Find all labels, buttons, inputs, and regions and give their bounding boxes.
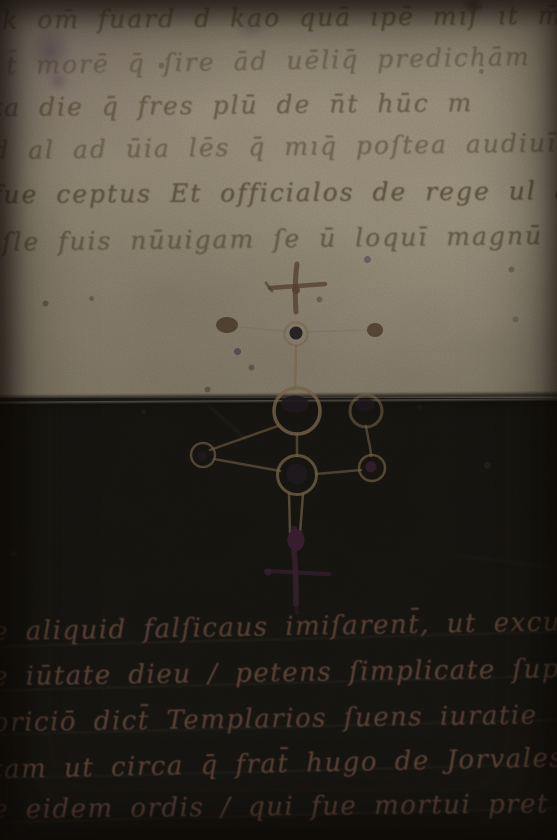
manuscript-photo: ik om̄ fuard d kao quā ıpē mıſ ıt m̄ t̄ …	[0, 0, 557, 840]
upper-parchment	[0, 0, 557, 398]
lower-parchment	[0, 398, 557, 840]
